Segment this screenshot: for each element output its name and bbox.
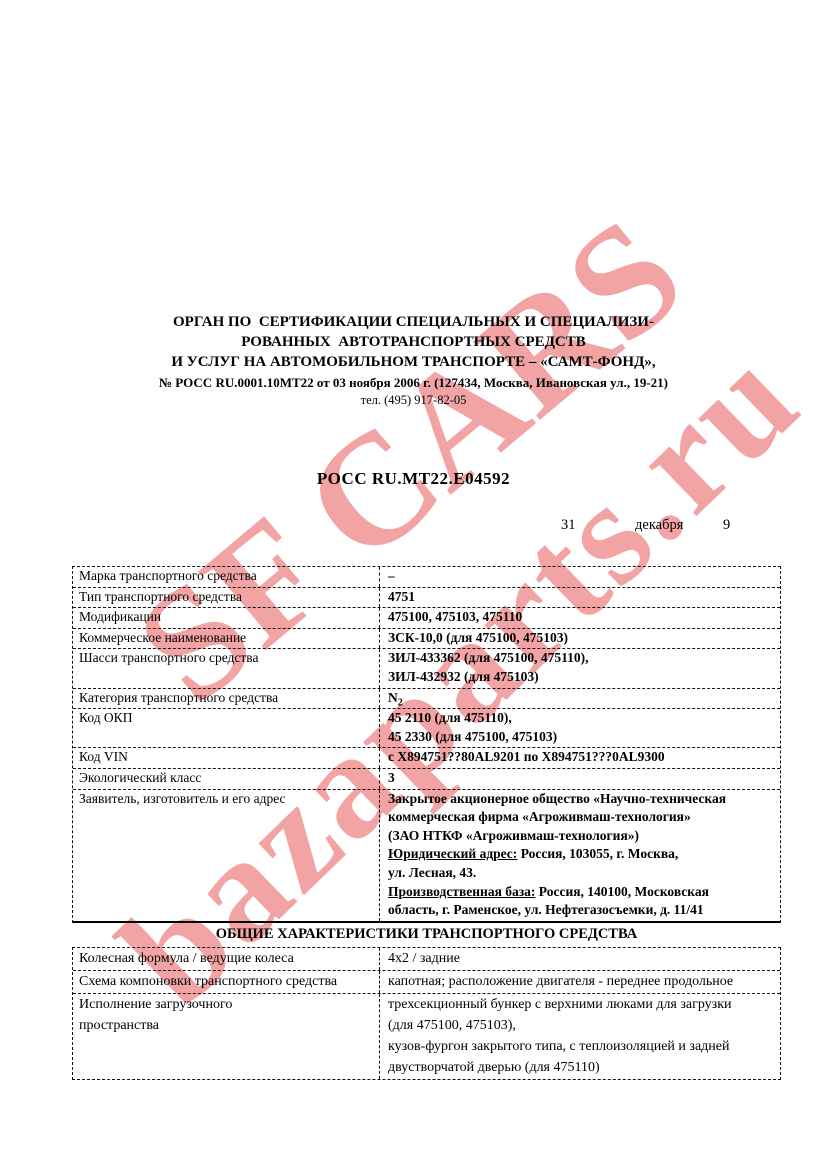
issue-date-year: 9 xyxy=(723,517,730,534)
table-row: Заявитель, изготовитель и его адресЗакры… xyxy=(73,789,780,921)
table-row: Шасси транспортного средстваЗИЛ-433362 (… xyxy=(73,648,780,687)
row-value: 3 xyxy=(379,769,780,789)
row-label: Модификации xyxy=(73,608,379,628)
row-label: Коммерческое наименование xyxy=(73,629,379,649)
row-label: Схема компоновки транспортного средства xyxy=(73,971,379,993)
table-row: Код VINс X894751??80AL9201 по X894751???… xyxy=(73,747,780,768)
row-value: 475100, 475103, 475110 xyxy=(379,608,780,628)
table-row: Марка транспортного средства– xyxy=(73,567,780,587)
certificate-number: РОСС RU.MT22.E04592 xyxy=(0,469,827,489)
org-name-line-1: ОРГАН ПО СЕРТИФИКАЦИИ СПЕЦИАЛЬНЫХ И СПЕЦ… xyxy=(0,312,827,332)
issue-date-day: 31 xyxy=(561,517,576,534)
org-phone-line: тел. (495) 917-82-05 xyxy=(0,392,827,409)
row-label: Колесная формула / ведущие колеса xyxy=(73,948,379,970)
vehicle-identification-table: Марка транспортного средства–Тип транспо… xyxy=(72,566,781,923)
row-label: Категория транспортного средства xyxy=(73,689,379,709)
table-row: Коммерческое наименованиеЗСК-10,0 (для 4… xyxy=(73,628,780,649)
table-row: Код ОКП45 2110 (для 475110),45 2330 (для… xyxy=(73,708,780,747)
general-characteristics-table: Колесная формула / ведущие колеса4х2 / з… xyxy=(72,947,781,1080)
row-value: трехсекционный бункер с верхними люками … xyxy=(379,994,780,1079)
row-value: с X894751??80AL9201 по X894751???0AL9300 xyxy=(379,748,780,768)
row-value: 4х2 / задние xyxy=(379,948,780,970)
row-label: Заявитель, изготовитель и его адрес xyxy=(73,790,379,921)
row-value: ЗСК-10,0 (для 475100, 475103) xyxy=(379,629,780,649)
row-value: 4751 xyxy=(379,588,780,608)
row-label: Тип транспортного средства xyxy=(73,588,379,608)
row-label: Исполнение загрузочногопространства xyxy=(73,994,379,1079)
table-row: Исполнение загрузочногопространстватрехс… xyxy=(73,993,780,1079)
table-row: Модификации475100, 475103, 475110 xyxy=(73,607,780,628)
table-row: Схема компоновки транспортного средствак… xyxy=(73,970,780,993)
section-title: ОБЩИЕ ХАРАКТЕРИСТИКИ ТРАНСПОРТНОГО СРЕДС… xyxy=(72,923,781,947)
row-label: Марка транспортного средства xyxy=(73,567,379,587)
row-value: N2 xyxy=(379,689,780,709)
table-row: Колесная формула / ведущие колеса4х2 / з… xyxy=(73,948,780,970)
org-name-line-2: РОВАННЫХ АВТОТРАНСПОРТНЫХ СРЕДСТВ xyxy=(0,332,827,352)
row-value: – xyxy=(379,567,780,587)
row-value: капотная; расположение двигателя - перед… xyxy=(379,971,780,993)
row-label: Экологический класс xyxy=(73,769,379,789)
certifying-body-header: ОРГАН ПО СЕРТИФИКАЦИИ СПЕЦИАЛЬНЫХ И СПЕЦ… xyxy=(0,312,827,409)
tables-wrapper: Марка транспортного средства–Тип транспо… xyxy=(72,566,781,1080)
row-label: Шасси транспортного средства xyxy=(73,649,379,687)
org-name-line-3: И УСЛУГ НА АВТОМОБИЛЬНОМ ТРАНСПОРТЕ – «С… xyxy=(0,352,827,372)
table-row: Категория транспортного средстваN2 xyxy=(73,688,780,709)
row-value: Закрытое акционерное общество «Научно-те… xyxy=(379,790,780,921)
row-label: Код VIN xyxy=(73,748,379,768)
org-registration-line: № РОСС RU.0001.10МТ22 от 03 ноября 2006 … xyxy=(0,373,827,392)
certificate-document-page: ОРГАН ПО СЕРТИФИКАЦИИ СПЕЦИАЛЬНЫХ И СПЕЦ… xyxy=(0,0,827,1170)
table-row: Тип транспортного средства4751 xyxy=(73,587,780,608)
issue-date: 31 декабря 9 xyxy=(0,517,827,537)
table-row: Экологический класс3 xyxy=(73,768,780,789)
row-label: Код ОКП xyxy=(73,709,379,747)
row-value: ЗИЛ-433362 (для 475100, 475110),ЗИЛ-4329… xyxy=(379,649,780,687)
row-value: 45 2110 (для 475110),45 2330 (для 475100… xyxy=(379,709,780,747)
issue-date-month: декабря xyxy=(635,517,683,534)
